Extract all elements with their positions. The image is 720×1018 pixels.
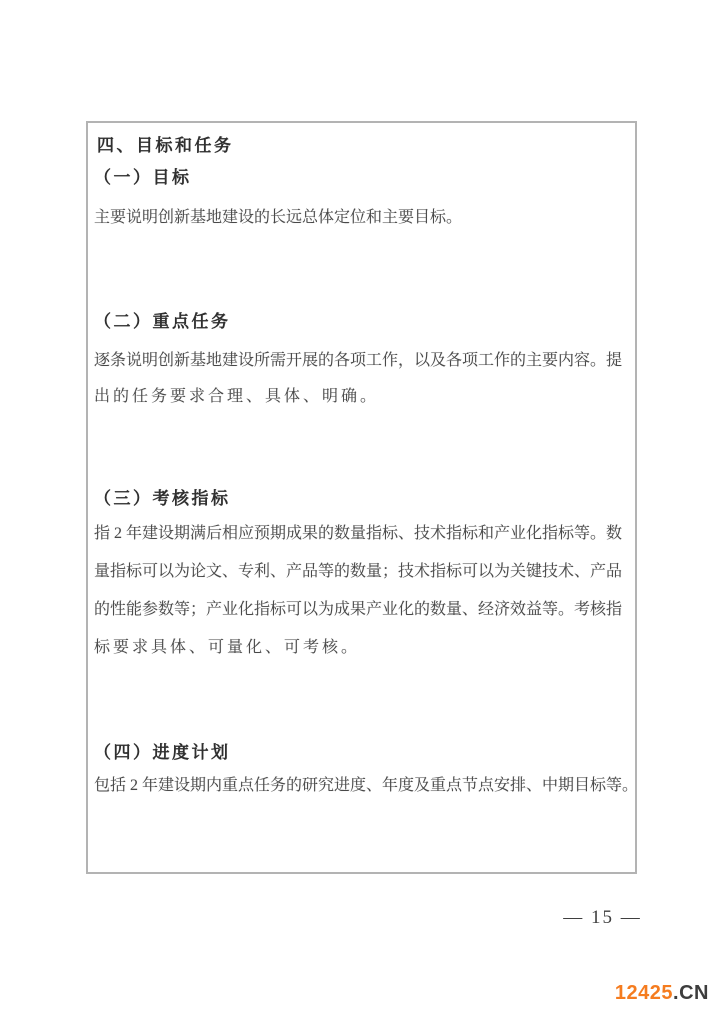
body-line: 量指标可以为论文、专利、产品等的数量；技术指标可以为关键技术、产品 [94, 562, 622, 582]
subsection-heading-goal: （一）目标 [94, 169, 192, 186]
subsection-heading-schedule-plan: （四）进度计划 [94, 744, 231, 761]
section-heading-goals-and-tasks: 四、目标和任务 [97, 137, 234, 154]
body-line: 的性能参数等；产业化指标可以为成果产业化的数量、经济效益等。考核指 [94, 600, 622, 620]
document-page: 四、目标和任务 （一）目标 主要说明创新基地建设的长远总体定位和主要目标。 （二… [0, 0, 720, 1018]
body-line: 指 2 年建设期满后相应预期成果的数量指标、技术指标和产业化指标等。数 [94, 524, 622, 544]
page-number: — 15 — [545, 907, 660, 930]
content-border-box: 四、目标和任务 （一）目标 主要说明创新基地建设的长远总体定位和主要目标。 （二… [86, 121, 637, 874]
body-line: 包括 2 年建设期内重点任务的研究进度、年度及重点节点安排、中期目标等。 [94, 776, 638, 796]
subsection-heading-assessment-indicators: （三）考核指标 [94, 490, 231, 507]
body-line: 出的任务要求合理、具体、明确。 [94, 387, 379, 407]
watermark-logo: 12425.CN [615, 983, 709, 1003]
watermark-primary-text: 12425 [615, 982, 673, 1004]
body-line: 标要求具体、可量化、可考核。 [94, 638, 360, 658]
body-line: 逐条说明创新基地建设所需开展的各项工作，以及各项工作的主要内容。提 [94, 351, 622, 371]
watermark-suffix-text: .CN [673, 982, 709, 1004]
body-line: 主要说明创新基地建设的长远总体定位和主要目标。 [94, 208, 462, 228]
subsection-heading-key-tasks: （二）重点任务 [94, 313, 231, 330]
